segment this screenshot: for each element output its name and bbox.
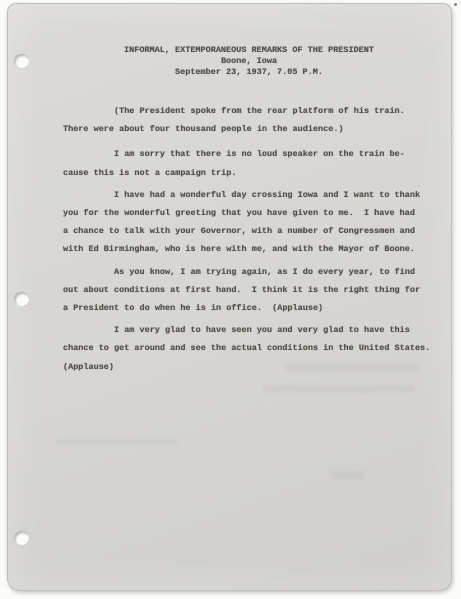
document-body: (The President spoke from the rear platf… xyxy=(63,102,435,376)
punch-hole-bottom xyxy=(14,531,29,545)
bleed-through-mark xyxy=(263,385,415,392)
scan-artifact xyxy=(454,3,457,6)
paragraph: As you know, I am trying again, as I do … xyxy=(63,263,435,318)
paragraph: I have had a wonderful day crossing Iowa… xyxy=(63,186,435,259)
document-title: INFORMAL, EXTEMPORANEOUS REMARKS OF THE … xyxy=(63,45,435,56)
document-header: INFORMAL, EXTEMPORANEOUS REMARKS OF THE … xyxy=(63,45,435,78)
document-page: INFORMAL, EXTEMPORANEOUS REMARKS OF THE … xyxy=(7,3,452,591)
bleed-through-mark xyxy=(286,363,418,371)
paragraph: I am sorry that there is no loud speaker… xyxy=(63,145,435,181)
document-datetime: September 23, 1937, 7.05 P.M. xyxy=(63,67,435,78)
punch-hole-top xyxy=(14,54,29,68)
paragraph-stage-note: (The President spoke from the rear platf… xyxy=(63,102,435,138)
bleed-through-mark xyxy=(331,471,365,479)
punch-hole-middle xyxy=(14,292,29,306)
document-location: Boone, Iowa xyxy=(63,56,435,67)
bleed-through-mark xyxy=(56,439,178,444)
typewritten-content: INFORMAL, EXTEMPORANEOUS REMARKS OF THE … xyxy=(63,45,435,380)
scan-background: { "colors": { "background": "#fbfbf8", "… xyxy=(0,0,461,599)
